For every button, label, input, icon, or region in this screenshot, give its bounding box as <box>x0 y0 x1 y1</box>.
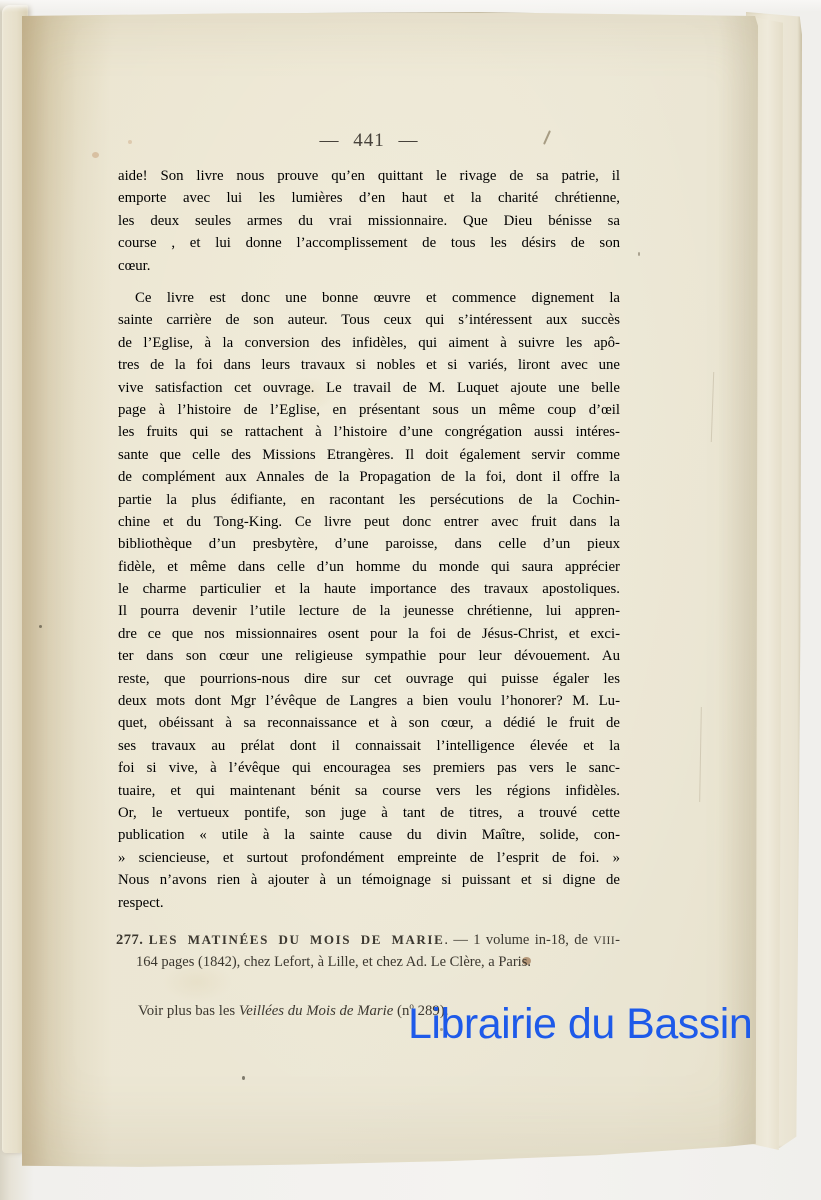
entry-hyphen: - <box>615 932 620 948</box>
foxing-spot <box>92 152 99 158</box>
paragraph-continuation: aide! Son livre nous prouve qu’en quitta… <box>118 165 620 277</box>
paper-crease <box>699 707 702 802</box>
paragraph-review: Ce livre est donc une bonne œuvre et com… <box>118 287 620 914</box>
gutter-shadow <box>22 12 112 1168</box>
entry-title: LES MATINÉES DU MOIS DE MARIE <box>149 932 445 947</box>
note-prefix: Voir plus bas les <box>138 1003 239 1019</box>
paper-crease <box>711 372 714 442</box>
entry-description-start: . — 1 volume in-18, de <box>444 932 593 948</box>
catalog-entry-line1: 277. LES MATINÉES DU MOIS DE MARIE. — 1 … <box>116 928 620 951</box>
note-middle: (n <box>393 1003 409 1019</box>
book-page: — 441 — aide! Son livre nous prouve qu’e… <box>22 12 758 1168</box>
note-book-title: Veillées du Mois de Marie <box>239 1003 394 1019</box>
entry-roman-numeral: VIII <box>593 935 615 947</box>
ink-fleck <box>242 1076 245 1080</box>
catalog-entry-line2: 164 pages (1842), chez Lefort, à Lille, … <box>136 951 620 974</box>
ink-fleck <box>638 252 640 256</box>
entry-number: 277. <box>116 932 143 948</box>
page-number: — 441 — <box>118 130 620 152</box>
watermark: Librairie du Bassin <box>408 1000 752 1049</box>
photo-background: — 441 — aide! Son livre nous prouve qu’e… <box>0 0 821 1200</box>
catalog-entry-277: 277. LES MATINÉES DU MOIS DE MARIE. — 1 … <box>116 928 620 974</box>
page-right-shading <box>718 12 758 1168</box>
ink-fleck <box>39 625 42 628</box>
